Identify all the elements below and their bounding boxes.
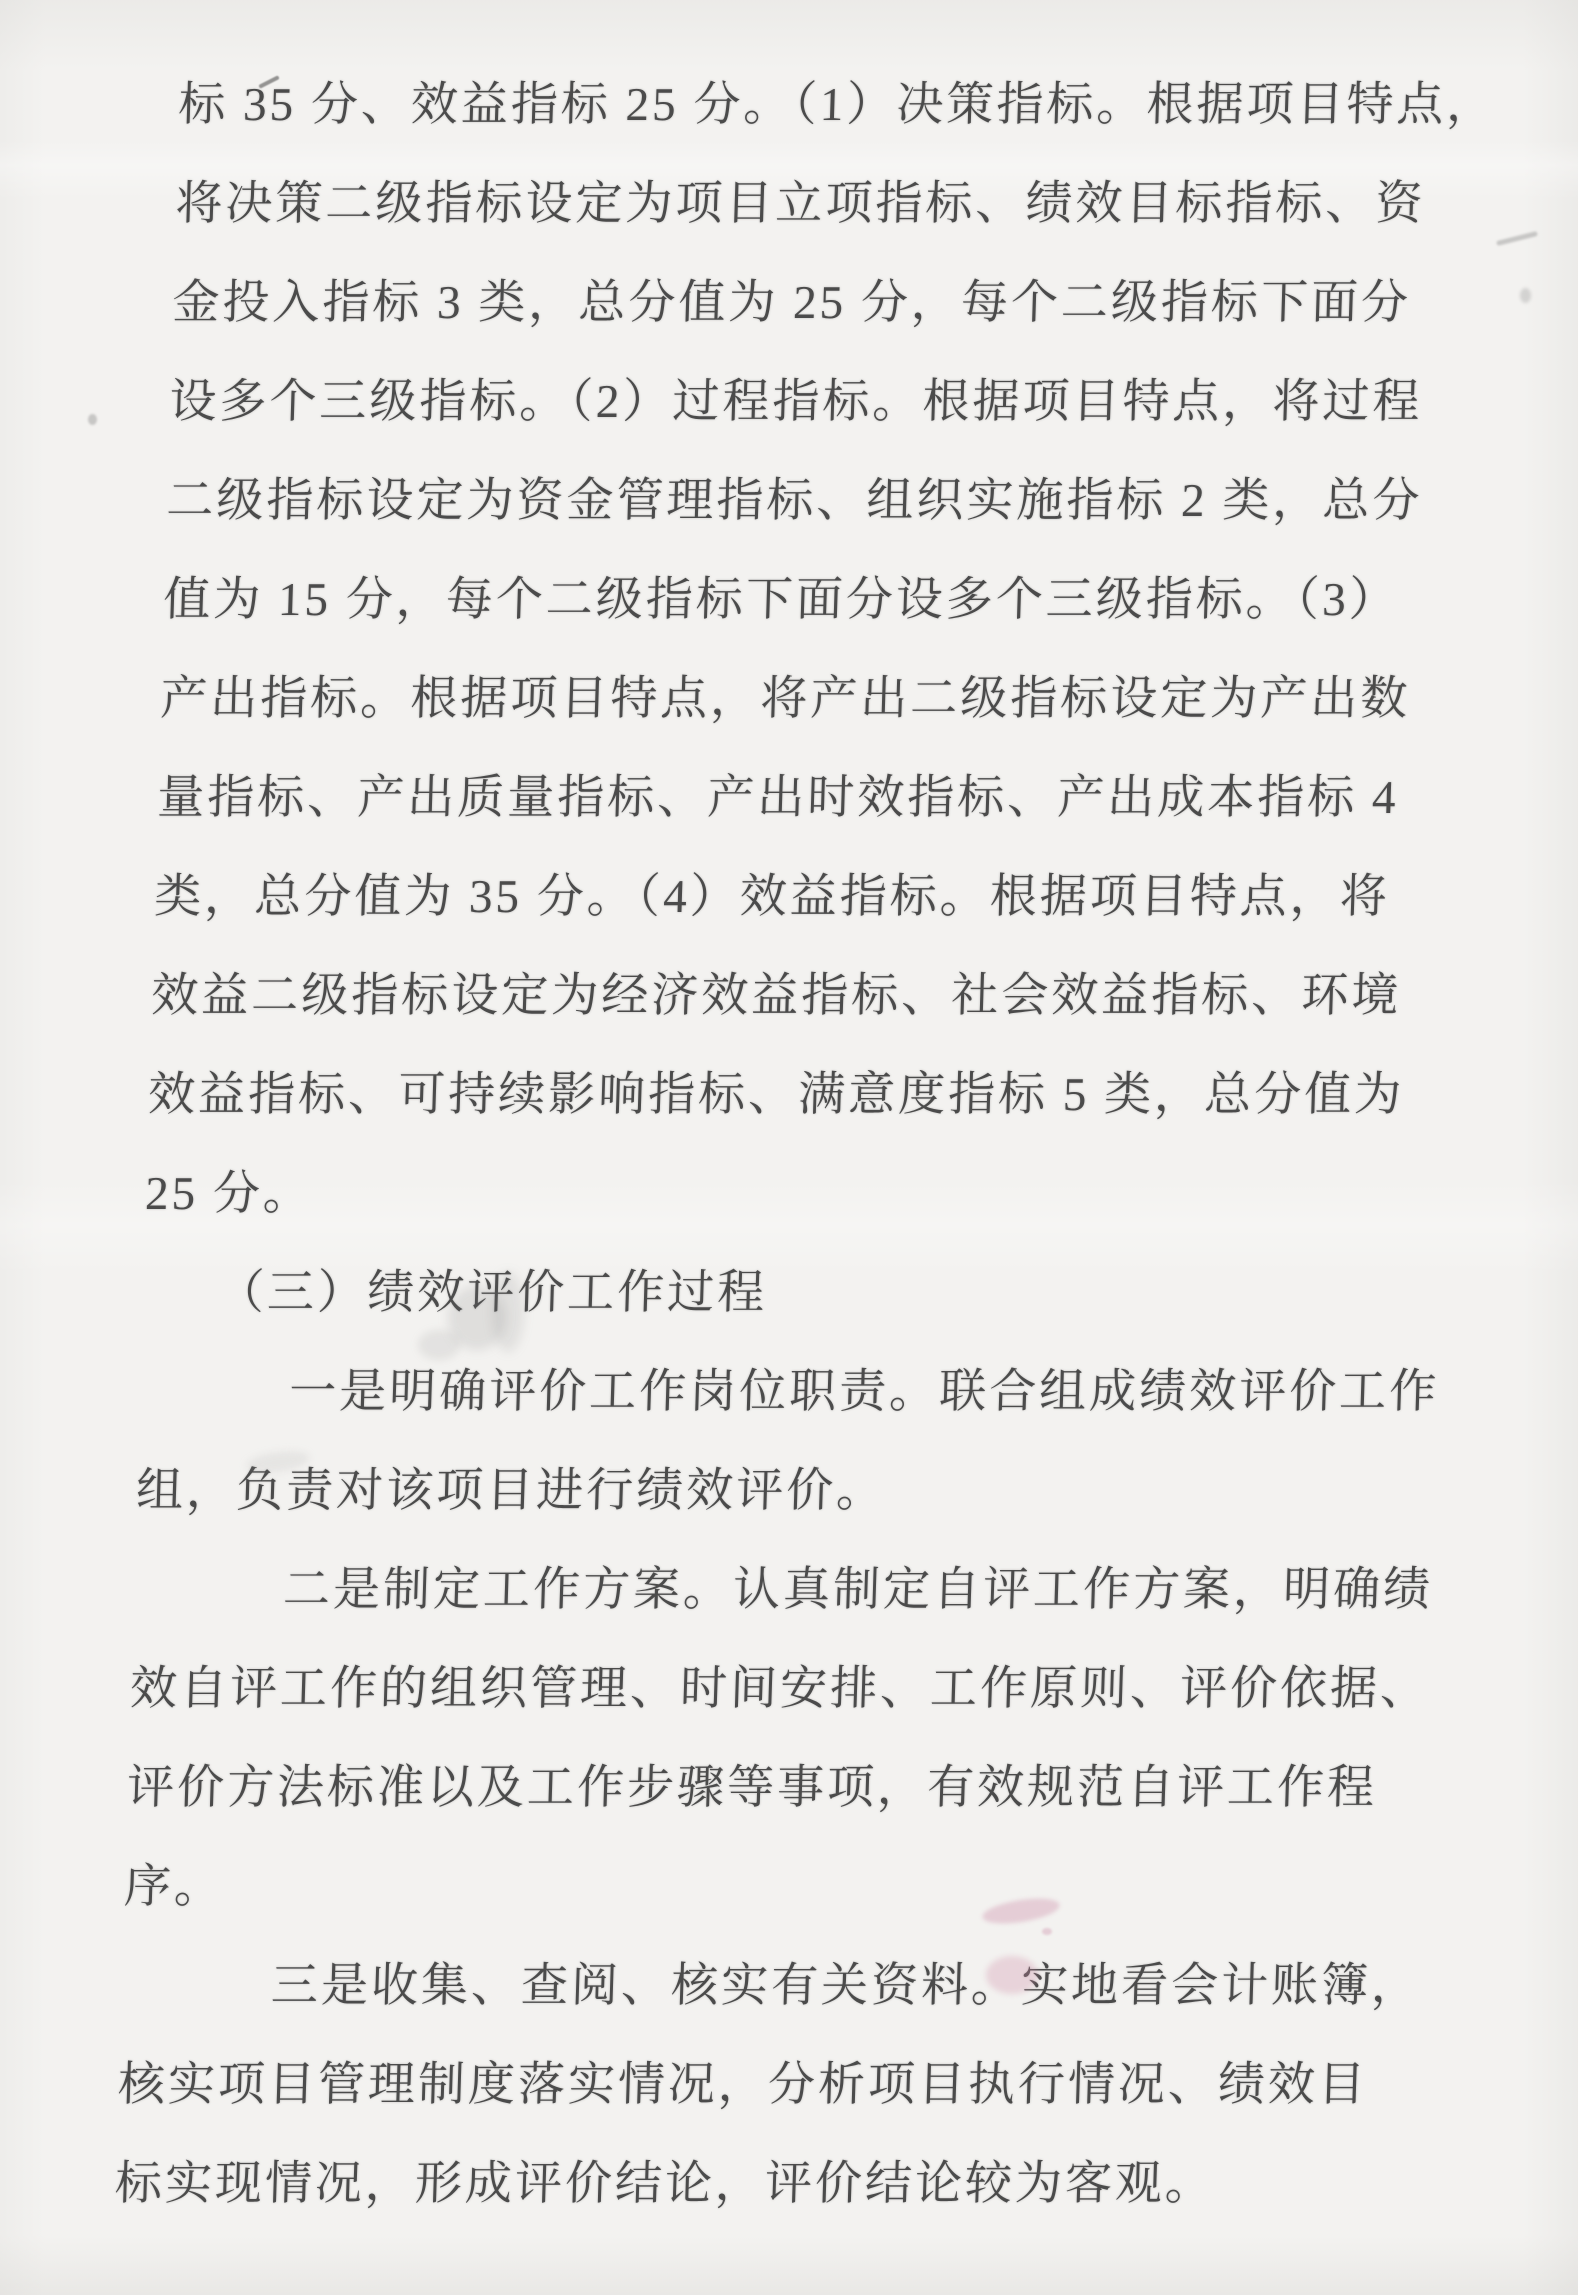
text-line: 效益指标、可持续影响指标、满意度指标 5 类，总分值为 <box>147 1046 1548 1145</box>
document-text-block: 标 35 分、效益指标 25 分。（1）决策指标。根据项目特点， 将决策二级指标… <box>0 56 1578 2234</box>
text-line: 标 35 分、效益指标 25 分。（1）决策指标。根据项目特点， <box>177 56 1578 155</box>
text-line: 一是明确评价工作岗位职责。联合组成绩效评价工作 <box>138 1343 1539 1442</box>
scanned-document-page: 标 35 分、效益指标 25 分。（1）决策指标。根据项目特点， 将决策二级指标… <box>0 0 1578 2295</box>
text-line: 金投入指标 3 类，总分值为 25 分，每个二级指标下面分 <box>171 254 1572 353</box>
text-line: 25 分。 <box>144 1145 1545 1244</box>
text-line: 三是收集、查阅、核实有关资料。实地看会计账簿， <box>120 1937 1521 2036</box>
text-line: 评价方法标准以及工作步骤等事项，有效规范自评工作程 <box>126 1739 1527 1838</box>
text-line: 产出指标。根据项目特点，将产出二级指标设定为产出数 <box>159 650 1560 749</box>
text-line: 序。 <box>123 1838 1524 1937</box>
text-line: 效自评工作的组织管理、时间安排、工作原则、评价依据、 <box>129 1640 1530 1739</box>
text-line: 标实现情况，形成评价结论，评价结论较为客观。 <box>113 2135 1514 2234</box>
text-line: 设多个三级指标。（2）过程指标。根据项目特点，将过程 <box>168 353 1569 452</box>
text-line: 组，负责对该项目进行绩效评价。 <box>135 1442 1536 1541</box>
text-line: 值为 15 分，每个二级指标下面分设多个三级指标。（3） <box>162 551 1563 650</box>
section-heading: （三）绩效评价工作过程 <box>141 1244 1542 1343</box>
text-line: 效益二级指标设定为经济效益指标、社会效益指标、环境 <box>150 947 1551 1046</box>
text-line: 类，总分值为 35 分。（4）效益指标。根据项目特点，将 <box>153 848 1554 947</box>
text-line: 量指标、产出质量指标、产出时效指标、产出成本指标 4 <box>156 749 1557 848</box>
text-line: 二级指标设定为资金管理指标、组织实施指标 2 类，总分 <box>165 452 1566 551</box>
text-line: 二是制定工作方案。认真制定自评工作方案，明确绩 <box>132 1541 1533 1640</box>
text-line: 将决策二级指标设定为项目立项指标、绩效目标指标、资 <box>174 155 1575 254</box>
text-line: 核实项目管理制度落实情况，分析项目执行情况、绩效目 <box>116 2036 1517 2135</box>
